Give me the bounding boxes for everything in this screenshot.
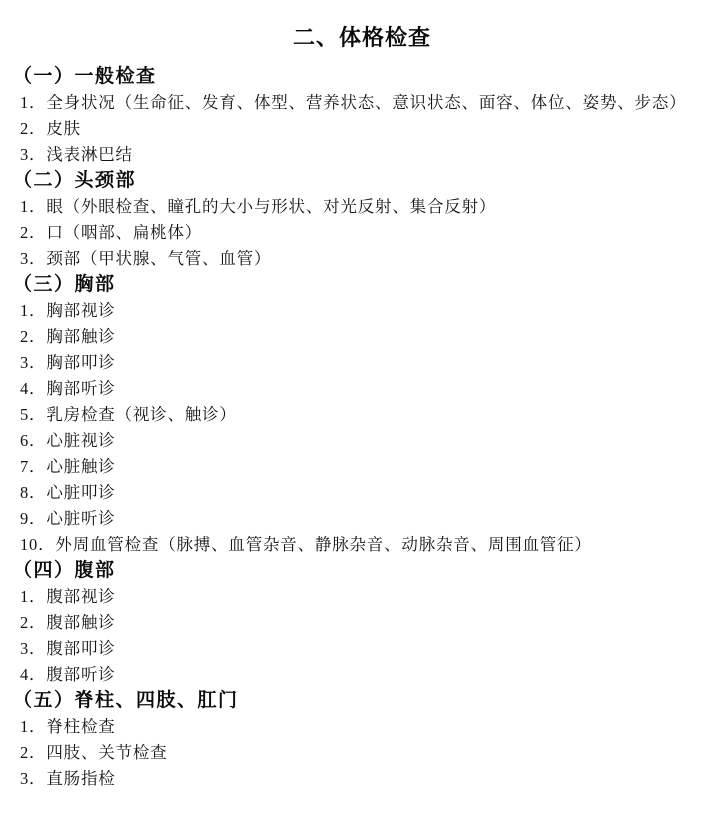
list-item: 2．胸部触诊 xyxy=(0,324,724,350)
list-item: 5．乳房检查（视诊、触诊） xyxy=(0,402,724,428)
section-heading: （四）腹部 xyxy=(0,558,724,584)
section-heading: （一）一般检查 xyxy=(0,64,724,90)
list-item: 1．眼（外眼检查、瞳孔的大小与形状、对光反射、集合反射） xyxy=(0,194,724,220)
list-item: 1．腹部视诊 xyxy=(0,584,724,610)
section-heading: （二）头颈部 xyxy=(0,168,724,194)
list-item: 9．心脏听诊 xyxy=(0,506,724,532)
list-item: 1．全身状况（生命征、发育、体型、营养状态、意识状态、面容、体位、姿势、步态） xyxy=(0,90,724,116)
list-item: 8．心脏叩诊 xyxy=(0,480,724,506)
list-item: 2．腹部触诊 xyxy=(0,610,724,636)
list-item: 1．脊柱检查 xyxy=(0,714,724,740)
list-item: 4．胸部听诊 xyxy=(0,376,724,402)
list-item: 7．心脏触诊 xyxy=(0,454,724,480)
list-item: 3．直肠指检 xyxy=(0,766,724,792)
section-heading: （五）脊柱、四肢、肛门 xyxy=(0,688,724,714)
list-item: 3．腹部叩诊 xyxy=(0,636,724,662)
list-item: 10．外周血管检查（脉搏、血管杂音、静脉杂音、动脉杂音、周围血管征） xyxy=(0,532,724,558)
list-item: 6．心脏视诊 xyxy=(0,428,724,454)
list-item: 3．浅表淋巴结 xyxy=(0,142,724,168)
sections-container: （一）一般检查1．全身状况（生命征、发育、体型、营养状态、意识状态、面容、体位、… xyxy=(0,64,724,792)
list-item: 2．皮肤 xyxy=(0,116,724,142)
section-heading: （三）胸部 xyxy=(0,272,724,298)
list-item: 2．口（咽部、扁桃体） xyxy=(0,220,724,246)
list-item: 3．胸部叩诊 xyxy=(0,350,724,376)
list-item: 3．颈部（甲状腺、气管、血管） xyxy=(0,246,724,272)
list-item: 1．胸部视诊 xyxy=(0,298,724,324)
list-item: 4．腹部听诊 xyxy=(0,662,724,688)
document-title: 二、体格检查 xyxy=(0,24,724,51)
list-item: 2．四肢、关节检查 xyxy=(0,740,724,766)
document-page: 二、体格检查 （一）一般检查1．全身状况（生命征、发育、体型、营养状态、意识状态… xyxy=(0,0,724,813)
